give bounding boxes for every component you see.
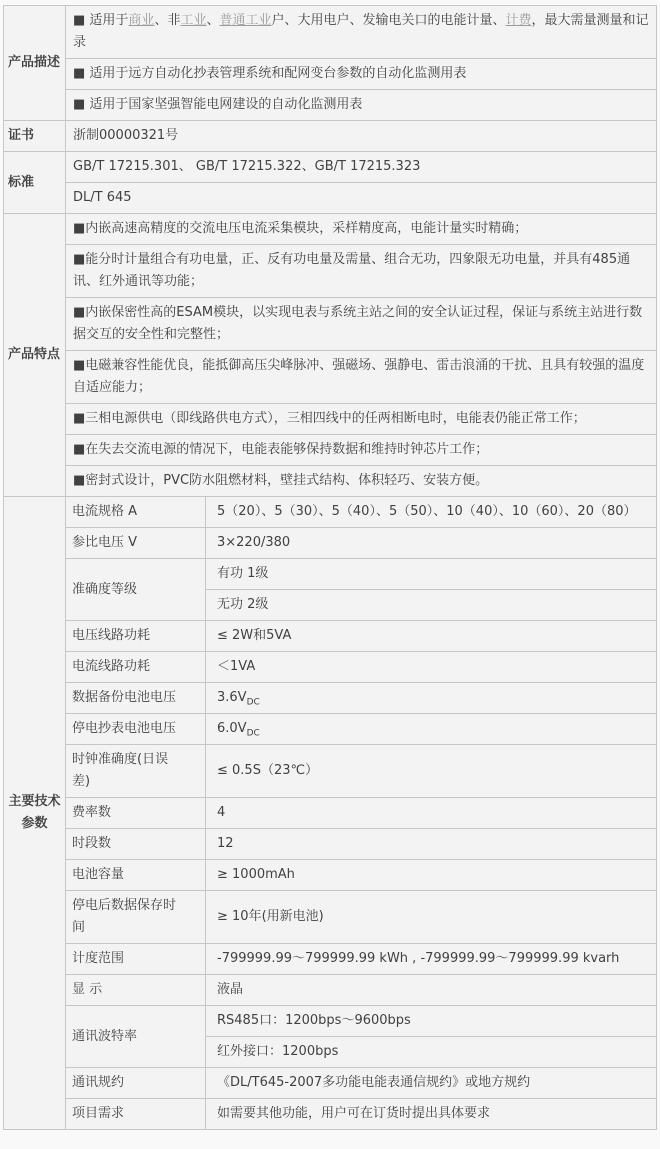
table-row: ■电磁兼容性能优良，能抵御高压尖峰脉冲、强磁场、强静电、雷击浪涌的干扰、且具有较… xyxy=(4,351,657,404)
table-row: 产品描述 ■ 适用于商业、非工业、普通工业户、大用电户、发输电关口的电能计量、计… xyxy=(4,6,657,59)
section-label-certificate: 证书 xyxy=(4,121,66,152)
param-value-current-circuit-power: ＜1VA xyxy=(206,652,657,683)
product-spec-table: 产品描述 ■ 适用于商业、非工业、普通工业户、大用电户、发输电关口的电能计量、计… xyxy=(3,5,657,1130)
param-name-voltage-circuit-power: 电压线路功耗 xyxy=(66,621,206,652)
section-label-standard: 标准 xyxy=(4,152,66,214)
param-value-backup-battery-voltage: 3.6VDC xyxy=(206,683,657,714)
table-row: 费率数 4 xyxy=(4,798,657,829)
param-name-time-segment-count: 时段数 xyxy=(66,829,206,860)
table-row: 时段数 12 xyxy=(4,829,657,860)
table-row: 停电后数据保存时间 ≥ 10年(用新电池) xyxy=(4,891,657,944)
text-segment: ■ 适用于 xyxy=(73,13,128,28)
param-value-baud-rs485: RS485口：1200bps～9600bps xyxy=(206,1006,657,1037)
table-row: 电流线路功耗 ＜1VA xyxy=(4,652,657,683)
param-value-tariff-count: 4 xyxy=(206,798,657,829)
table-row: 证书 浙制00000321号 xyxy=(4,121,657,152)
param-name-accuracy-class: 准确度等级 xyxy=(66,559,206,621)
param-value-time-segment-count: 12 xyxy=(206,829,657,860)
param-value-display: 液晶 xyxy=(206,975,657,1006)
table-row: ■三相电源供电（即线路供电方式），三相四线中的任两相断电时，电能表仍能正常工作； xyxy=(4,404,657,435)
param-value-metering-range: -799999.99～799999.99 kWh , -799999.99～79… xyxy=(206,944,657,975)
feature-row-6: ■在失去交流电源的情况下，电能表能够保持数据和维持时钟芯片工作； xyxy=(66,435,657,466)
value-subscript: DC xyxy=(247,698,260,708)
section-label-product-desc: 产品描述 xyxy=(4,6,66,121)
param-value-project-requirement: 如需要其他功能，用户可在订货时提出具体要求 xyxy=(206,1099,657,1130)
param-name-clock-accuracy: 时钟准确度(日误差) xyxy=(66,745,206,798)
param-name-metering-range: 计度范围 xyxy=(66,944,206,975)
keyword-link-shangye[interactable]: 商业 xyxy=(128,13,154,28)
feature-row-4: ■电磁兼容性能优良，能抵御高压尖峰脉冲、强磁场、强静电、雷击浪涌的干扰、且具有较… xyxy=(66,351,657,404)
param-name-outage-reading-battery-voltage: 停电抄表电池电压 xyxy=(66,714,206,745)
product-desc-row-3: ■ 适用于国家坚强智能电网建设的自动化监测用表 xyxy=(66,90,657,121)
keyword-link-putong-gongye[interactable]: 普通工业 xyxy=(219,13,271,28)
standard-row-2: DL/T 645 xyxy=(66,183,657,214)
param-name-comm-protocol: 通讯规约 xyxy=(66,1068,206,1099)
table-row: 电压线路功耗 ≤ 2W和5VA xyxy=(4,621,657,652)
table-row: 主要技术参数 电流规格 A 5（20）、5（30）、5（40）、5（50）、10… xyxy=(4,497,657,528)
param-name-project-requirement: 项目需求 xyxy=(66,1099,206,1130)
param-name-data-retention-time: 停电后数据保存时间 xyxy=(66,891,206,944)
feature-row-5: ■三相电源供电（即线路供电方式），三相四线中的任两相断电时，电能表仍能正常工作； xyxy=(66,404,657,435)
standard-row-1: GB/T 17215.301、 GB/T 17215.322、GB/T 1721… xyxy=(66,152,657,183)
param-value-current-spec: 5（20）、5（30）、5（40）、5（50）、10（40）、10（60）、20… xyxy=(206,497,657,528)
table-row: 时钟准确度(日误差) ≤ 0.5S（23℃） xyxy=(4,745,657,798)
param-name-battery-capacity: 电池容量 xyxy=(66,860,206,891)
table-row: 项目需求 如需要其他功能，用户可在订货时提出具体要求 xyxy=(4,1099,657,1130)
table-row: 产品特点 ■内嵌高速高精度的交流电压电流采集模块，采样精度高，电能计量实时精确； xyxy=(4,214,657,245)
param-value-outage-reading-battery-voltage: 6.0VDC xyxy=(206,714,657,745)
product-desc-row-2: ■ 适用于远方自动化抄表管理系统和配网变台参数的自动化监测用表 xyxy=(66,59,657,90)
text-segment: 户、大用电户、发输电关口的电能计量、 xyxy=(272,13,506,28)
param-value-ref-voltage: 3×220/380 xyxy=(206,528,657,559)
feature-row-2: ■能分时计量组合有功电量，正、反有功电量及需量、组合无功，四象限无功电量，并具有… xyxy=(66,245,657,298)
param-value-battery-capacity: ≥ 1000mAh xyxy=(206,860,657,891)
param-name-display: 显 示 xyxy=(66,975,206,1006)
param-value-accuracy-active: 有功 1级 xyxy=(206,559,657,590)
value-main: 3.6V xyxy=(217,690,247,705)
param-value-data-retention-time: ≥ 10年(用新电池) xyxy=(206,891,657,944)
table-row: 显 示 液晶 xyxy=(4,975,657,1006)
feature-row-3: ■内嵌保密性高的ESAM模块，以实现电表与系统主站之间的安全认证过程，保证与系统… xyxy=(66,298,657,351)
keyword-link-jifei[interactable]: 计费 xyxy=(506,13,532,28)
value-main: 6.0V xyxy=(217,721,247,736)
feature-row-7: ■密封式设计，PVC防水阻燃材料，壁挂式结构、体积轻巧、安装方便。 xyxy=(66,466,657,497)
param-name-comm-baud-rate: 通讯波特率 xyxy=(66,1006,206,1068)
table-row: 计度范围 -799999.99～799999.99 kWh , -799999.… xyxy=(4,944,657,975)
table-row: 参比电压 V 3×220/380 xyxy=(4,528,657,559)
product-spec-page: 产品描述 ■ 适用于商业、非工业、普通工业户、大用电户、发输电关口的电能计量、计… xyxy=(0,0,660,1134)
param-value-baud-infrared: 红外接口：1200bps xyxy=(206,1037,657,1068)
certificate-value: 浙制00000321号 xyxy=(66,121,657,152)
param-value-clock-accuracy: ≤ 0.5S（23℃） xyxy=(206,745,657,798)
param-name-current-spec: 电流规格 A xyxy=(66,497,206,528)
table-row: 数据备份电池电压 3.6VDC xyxy=(4,683,657,714)
keyword-link-gongye[interactable]: 工业 xyxy=(180,13,206,28)
table-row: ■ 适用于国家坚强智能电网建设的自动化监测用表 xyxy=(4,90,657,121)
table-row: ■能分时计量组合有功电量，正、反有功电量及需量、组合无功，四象限无功电量，并具有… xyxy=(4,245,657,298)
table-row: 准确度等级 有功 1级 xyxy=(4,559,657,590)
param-value-voltage-circuit-power: ≤ 2W和5VA xyxy=(206,621,657,652)
value-subscript: DC xyxy=(247,729,260,739)
feature-row-1: ■内嵌高速高精度的交流电压电流采集模块，采样精度高，电能计量实时精确； xyxy=(66,214,657,245)
section-label-tech-params: 主要技术参数 xyxy=(4,497,66,1130)
param-name-ref-voltage: 参比电压 V xyxy=(66,528,206,559)
product-desc-row-1: ■ 适用于商业、非工业、普通工业户、大用电户、发输电关口的电能计量、计费，最大需… xyxy=(66,6,657,59)
param-name-current-circuit-power: 电流线路功耗 xyxy=(66,652,206,683)
text-segment: 、 xyxy=(206,13,219,28)
table-row: ■在失去交流电源的情况下，电能表能够保持数据和维持时钟芯片工作； xyxy=(4,435,657,466)
table-row: 通讯波特率 RS485口：1200bps～9600bps xyxy=(4,1006,657,1037)
table-row: 标准 GB/T 17215.301、 GB/T 17215.322、GB/T 1… xyxy=(4,152,657,183)
param-name-tariff-count: 费率数 xyxy=(66,798,206,829)
table-row: 电池容量 ≥ 1000mAh xyxy=(4,860,657,891)
text-segment: 、非 xyxy=(154,13,180,28)
param-name-backup-battery-voltage: 数据备份电池电压 xyxy=(66,683,206,714)
table-row: ■密封式设计，PVC防水阻燃材料，壁挂式结构、体积轻巧、安装方便。 xyxy=(4,466,657,497)
table-row: 停电抄表电池电压 6.0VDC xyxy=(4,714,657,745)
param-value-comm-protocol: 《DL/T645-2007多功能电能表通信规约》或地方规约 xyxy=(206,1068,657,1099)
table-row: ■ 适用于远方自动化抄表管理系统和配网变台参数的自动化监测用表 xyxy=(4,59,657,90)
table-row: 通讯规约 《DL/T645-2007多功能电能表通信规约》或地方规约 xyxy=(4,1068,657,1099)
table-row: DL/T 645 xyxy=(4,183,657,214)
param-value-accuracy-reactive: 无功 2级 xyxy=(206,590,657,621)
table-row: ■内嵌保密性高的ESAM模块，以实现电表与系统主站之间的安全认证过程，保证与系统… xyxy=(4,298,657,351)
section-label-features: 产品特点 xyxy=(4,214,66,497)
